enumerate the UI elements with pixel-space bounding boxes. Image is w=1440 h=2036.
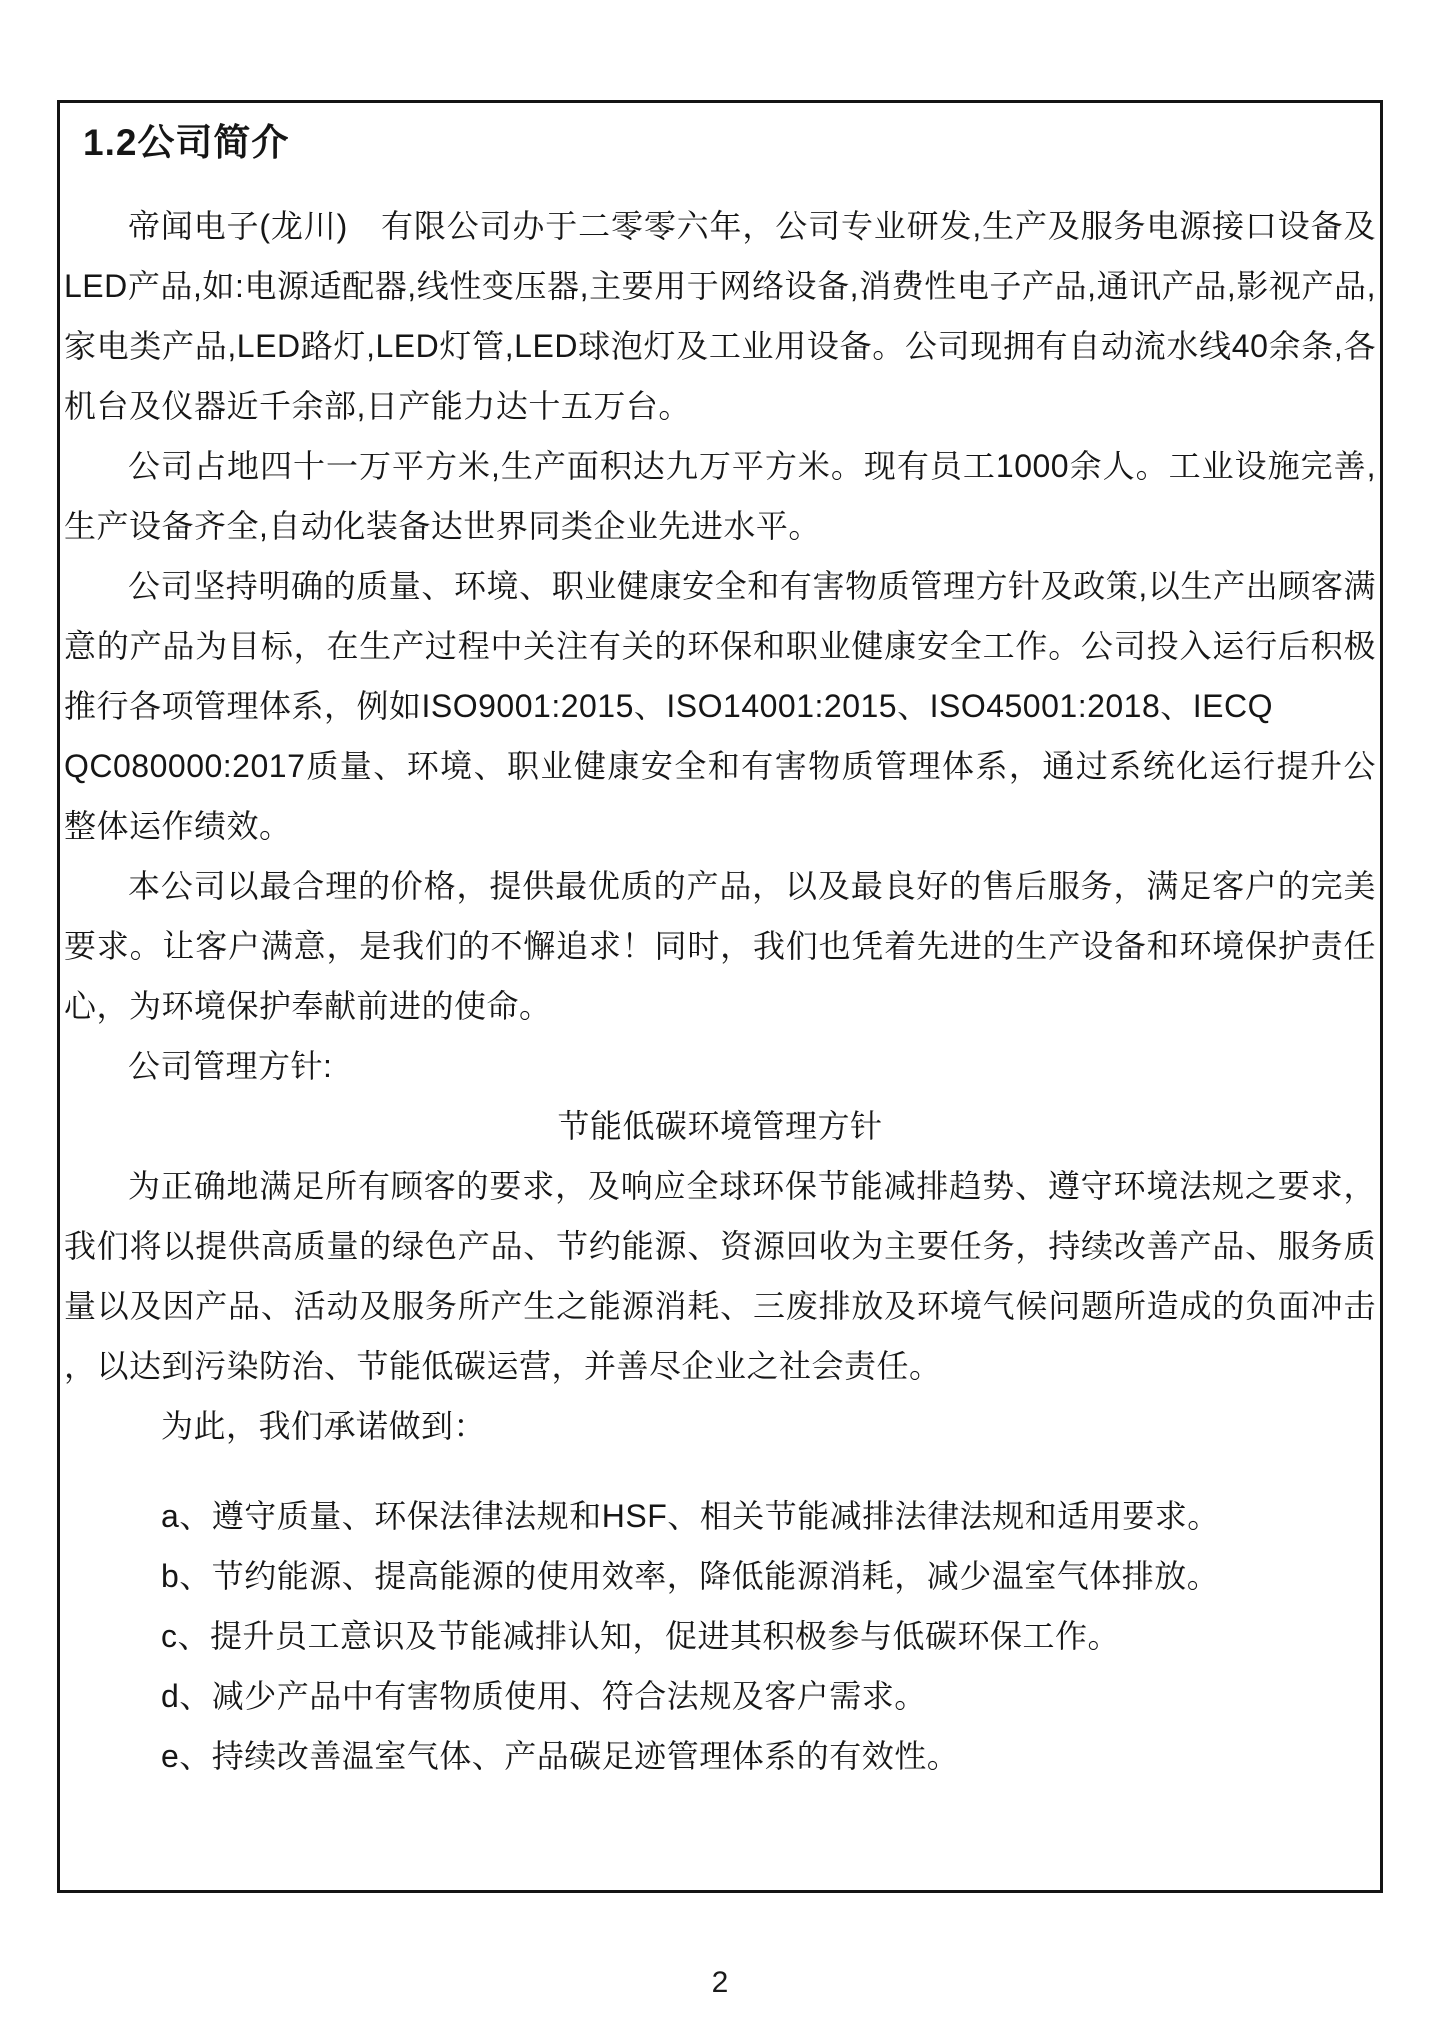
text-line: LED产品,如:电源适配器,线性变压器,主要用于网络设备,消费性电子产品,通讯产… <box>64 256 1376 316</box>
text-line: c、提升员工意识及节能减排认知，促进其积极参与低碳环保工作。 <box>64 1606 1376 1666</box>
text-line: 心，为环境保护奉献前进的使命。 <box>64 976 1376 1036</box>
section-heading: 1.2公司简介 <box>64 113 1376 173</box>
text-line: a、遵守质量、环保法律法规和HSF、相关节能减排法律法规和适用要求。 <box>64 1486 1376 1546</box>
page-border-frame: 1.2公司简介 帝闻电子(龙川) 有限公司办于二零零六年，公司专业研发,生产及服… <box>57 100 1383 1893</box>
text-line: 整体运作绩效。 <box>64 796 1376 856</box>
text-line: 要求。让客户满意，是我们的不懈追求！同时，我们也凭着先进的生产设备和环境保护责任 <box>64 916 1376 976</box>
text-line: 量以及因产品、活动及服务所产生之能源消耗、三废排放及环境气候问题所造成的负面冲击 <box>64 1276 1376 1336</box>
text-line: 节能低碳环境管理方针 <box>64 1096 1376 1156</box>
text-line: 为此，我们承诺做到： <box>64 1396 1376 1456</box>
text-line: ，以达到污染防治、节能低碳运营，并善尽企业之社会责任。 <box>64 1336 1376 1396</box>
text-line: 意的产品为目标，在生产过程中关注有关的环保和职业健康安全工作。公司投入运行后积极 <box>64 616 1376 676</box>
text-line: 为正确地满足所有顾客的要求，及响应全球环保节能减排趋势、遵守环境法规之要求， <box>64 1156 1376 1216</box>
text-line: 公司管理方针: <box>64 1036 1376 1096</box>
text-line: b、节约能源、提高能源的使用效率，降低能源消耗，减少温室气体排放。 <box>64 1546 1376 1606</box>
text-line: QC080000:2017质量、环境、职业健康安全和有害物质管理体系，通过系统化… <box>64 736 1376 796</box>
text-line: 机台及仪器近千余部,日产能力达十五万台。 <box>64 376 1376 436</box>
text-line: 生产设备齐全,自动化装备达世界同类企业先进水平。 <box>64 496 1376 556</box>
text-line: 本公司以最合理的价格，提供最优质的产品，以及最良好的售后服务，满足客户的完美 <box>64 856 1376 916</box>
text-line: e、持续改善温室气体、产品碳足迹管理体系的有效性。 <box>64 1726 1376 1786</box>
page-number: 2 <box>0 1966 1440 2000</box>
text-line: 帝闻电子(龙川) 有限公司办于二零零六年，公司专业研发,生产及服务电源接口设备及 <box>64 196 1376 256</box>
text-line: 家电类产品,LED路灯,LED灯管,LED球泡灯及工业用设备。公司现拥有自动流水… <box>64 316 1376 376</box>
text-line: 我们将以提供高质量的绿色产品、节约能源、资源回收为主要任务，持续改善产品、服务质 <box>64 1216 1376 1276</box>
text-line: d、减少产品中有害物质使用、符合法规及客户需求。 <box>64 1666 1376 1726</box>
body-text: 帝闻电子(龙川) 有限公司办于二零零六年，公司专业研发,生产及服务电源接口设备及… <box>64 196 1376 1786</box>
text-line: 公司坚持明确的质量、环境、职业健康安全和有害物质管理方针及政策,以生产出顾客满 <box>64 556 1376 616</box>
text-line: 公司占地四十一万平方米,生产面积达九万平方米。现有员工1000余人。工业设施完善… <box>64 436 1376 496</box>
text-line: 推行各项管理体系，例如ISO9001:2015、ISO14001:2015、IS… <box>64 676 1376 736</box>
